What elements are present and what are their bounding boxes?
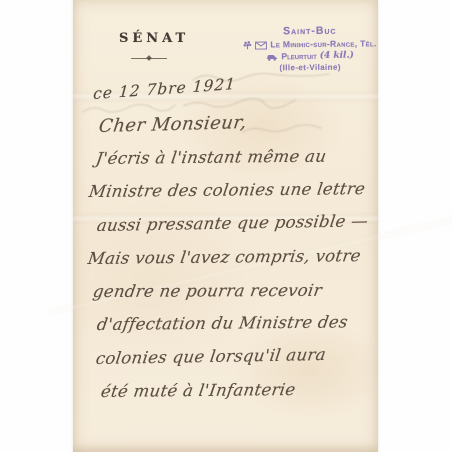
handwritten-date: ce 12 7bre 1921 (93, 75, 237, 103)
stamp-station-text: Pleurtuit (281, 51, 317, 61)
letter-body: J'écris à l'instant même au Ministre des… (87, 149, 379, 415)
stamp-commune-text: Le Minihic-sur-Rance, Tél. (270, 38, 376, 49)
letterhead-divider (131, 57, 167, 60)
letter-body-line: d'affectation du Ministre des (94, 313, 382, 349)
scanned-letter-photo: SÉNAT Saint-Buc (0, 0, 452, 452)
postal-stamp: Saint-Buc (221, 24, 399, 73)
stamp-distance-text: (4 kil.) (320, 51, 354, 61)
envelope-icon (255, 40, 267, 50)
letter-body-line: aussi pressante que possible — (94, 211, 382, 249)
stamp-department: (Ille-et-Vilaine) (221, 62, 399, 73)
telegraph-icon (243, 40, 252, 50)
stamp-locality: Saint-Buc (221, 24, 399, 38)
car-icon (266, 52, 278, 62)
letter-paper: SÉNAT Saint-Buc (73, 0, 378, 452)
ink-showthrough (183, 62, 363, 152)
divider-diamond (146, 55, 152, 61)
letterhead-title: SÉNAT (119, 31, 189, 46)
letter-body-line: été muté à l'Infanterie (98, 379, 382, 415)
letter-body-line: colonies que lorsqu'il aura (93, 344, 382, 382)
letter-salutation: Cher Monsieur, (98, 112, 249, 137)
letter-body-line: gendre ne pourra recevoir (89, 281, 381, 316)
stamp-commune-line: Le Minihic-sur-Rance, Tél. (221, 38, 399, 50)
letter-body-line: J'écris à l'instant même au (93, 146, 382, 182)
stamp-station-line: Pleurtuit (4 kil.) (221, 50, 399, 62)
letter-body-line: Ministre des colonies une lettre (86, 179, 382, 215)
letter-body-line: Mais vous l'avez compris, votre (85, 246, 382, 282)
